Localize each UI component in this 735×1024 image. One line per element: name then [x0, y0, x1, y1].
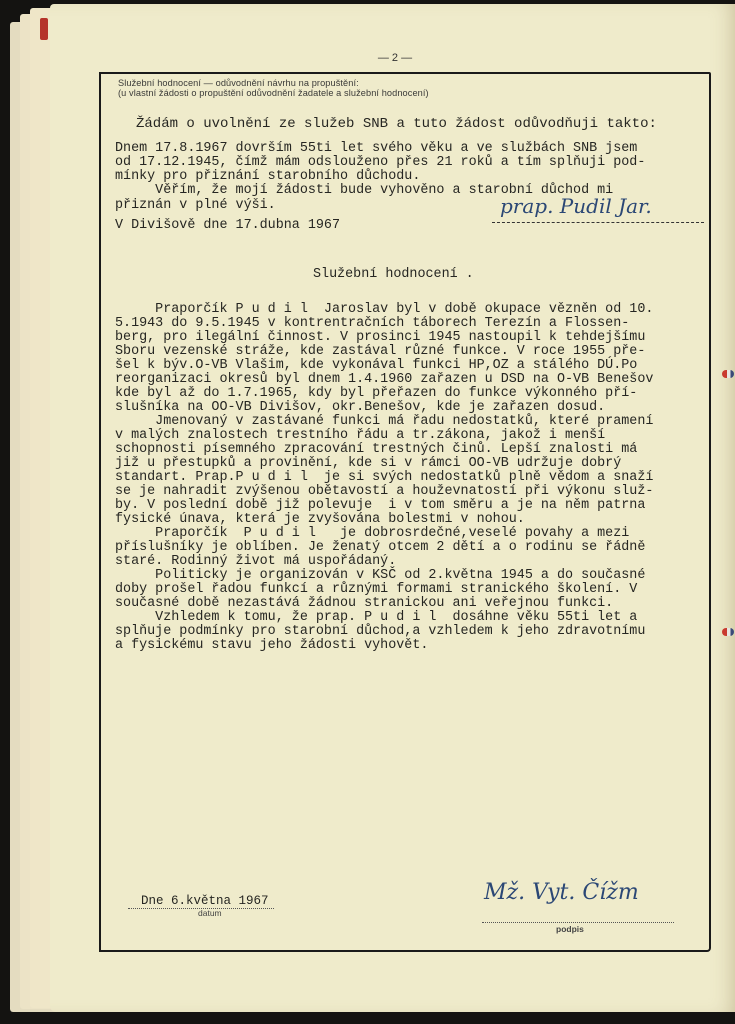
red-tab-marker	[40, 18, 48, 40]
binding-thread	[722, 370, 734, 378]
evaluator-signature: Mž. Vyt. Čížm	[484, 880, 639, 905]
page-number: — 2 —	[355, 52, 435, 64]
form-header-line1: Služební hodnocení — odůvodnění návrhu n…	[118, 78, 429, 88]
evaluation-line: slušníka na OO-VB Divišov, okr.Benešov, …	[115, 401, 605, 415]
evaluation-line: kde byl až do 1.7.1965, kdy byl přeřazen…	[115, 387, 637, 401]
evaluation-line: se je nahradit zvýšenou obětavostí a hou…	[115, 485, 653, 499]
evaluation-line: Praporčík P u d i l je dobrosrdečné,vese…	[115, 527, 629, 541]
evaluation-line: doby prošel řadou funkcí a různými forma…	[115, 583, 637, 597]
evaluation-line: Politicky je organizován v KSČ od 2.květ…	[115, 569, 645, 583]
signature-dotted-line	[482, 922, 674, 923]
evaluation-line: schopnosti písemného zpracování trestnýc…	[115, 443, 637, 457]
request-line: přiznán v plné výši.	[115, 199, 276, 213]
evaluation-line: splňuje podmínky pro starobní důchod,a v…	[115, 625, 645, 639]
evaluation-line: berg, pro ilegální činnost. V prosinci 1…	[115, 331, 645, 345]
evaluation-line: reorganizaci okresů byl dnem 1.4.1960 za…	[115, 373, 653, 387]
evaluation-line: šel k býv.O-VB Vlašim, kde vykonával fun…	[115, 359, 637, 373]
evaluation-line: staré. Rodinný život má uspořádaný.	[115, 555, 396, 569]
request-line: od 17.12.1945, čímž mám odslouženo přes …	[115, 156, 645, 170]
date-label: datum	[198, 908, 222, 918]
binding-thread	[722, 628, 734, 636]
request-line: Dnem 17.8.1967 dovrším 55ti let svého vě…	[115, 142, 637, 156]
evaluation-line: a fysickému stavu jeho žádosti vyhovět.	[115, 639, 428, 653]
footer-date: Dne 6.května 1967	[141, 894, 269, 908]
evaluation-line: současné době nezastává žádnou stranicko…	[115, 597, 613, 611]
evaluation-line: v malých znalostech trestního řádu a tr.…	[115, 429, 605, 443]
evaluation-line: fysické únava, která je zvyšována bolest…	[115, 513, 525, 527]
evaluation-line: 5.1943 do 9.5.1945 v kontrentračních táb…	[115, 317, 629, 331]
request-line: mínky pro přiznání starobního důchodu.	[115, 170, 420, 184]
evaluation-line: Praporčík P u d i l Jaroslav byl v době …	[115, 303, 653, 317]
applicant-signature: prap. Pudil Jar.	[500, 194, 652, 218]
request-heading: Žádám o uvolnění ze služeb SNB a tuto žá…	[136, 117, 657, 131]
signature-label: podpis	[556, 924, 584, 934]
evaluation-line: již u přestupků a provinění, kde si v rá…	[115, 457, 621, 471]
evaluation-title: Služební hodnocení .	[313, 268, 474, 282]
evaluation-line: příslušníky je oblíben. Je ženatý otcem …	[115, 541, 645, 555]
form-header-line2: (u vlastní žádosti o propuštění odůvodně…	[118, 88, 429, 98]
evaluation-line: Sboru vezenské stráže, kde zastával různ…	[115, 345, 645, 359]
evaluation-line: Jmenovaný v zastávané funkci má řadu ned…	[115, 415, 653, 429]
evaluation-line: Vzhledem k tomu, že prap. P u d i l dosá…	[115, 611, 637, 625]
request-place-date: V Divišově dne 17.dubna 1967	[115, 219, 340, 233]
evaluation-line: standart. Prap.P u d i l je si svých ned…	[115, 471, 653, 485]
evaluation-line: by. V poslední době již polevuje i v tom…	[115, 499, 645, 513]
form-header: Služební hodnocení — odůvodnění návrhu n…	[118, 78, 429, 98]
signature-line	[492, 222, 704, 223]
